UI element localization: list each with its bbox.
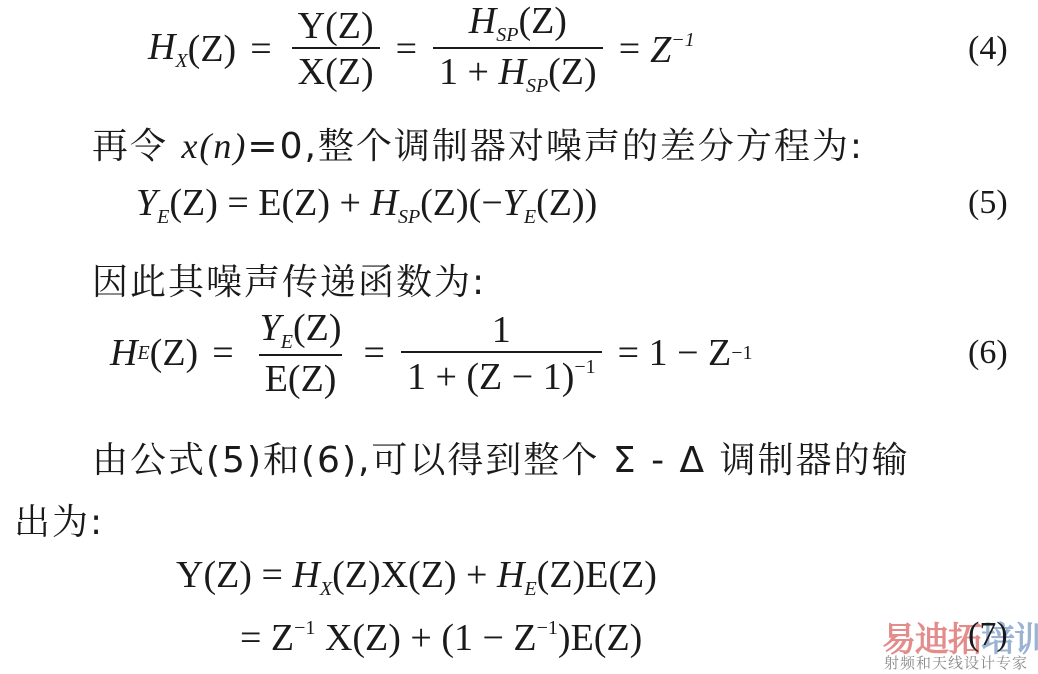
p1-pre: 再令: [92, 126, 181, 167]
eq4-frac1-num: Y(Z): [292, 7, 380, 47]
paragraph-2: 因此其噪声传递函数为:: [92, 254, 486, 305]
eq4-fraction-2: HSP(Z) 1 + HSP(Z): [433, 2, 603, 96]
eq4-lhs: HX: [148, 28, 188, 71]
eq4-rhs: Z−1: [650, 30, 695, 69]
eq4-frac1-den: X(Z): [292, 47, 380, 91]
equation-number-4: (4): [968, 32, 1008, 66]
eq6-fraction-1: YE(Z) E(Z): [254, 309, 348, 398]
equation-4: HX(Z) = Y(Z) X(Z) = HSP(Z) 1 + HSP(Z) = …: [148, 4, 695, 94]
equation-7-line-2: = Z−1 X(Z) + (1 − Z−1)E(Z): [240, 618, 642, 657]
equation-7-line-1: Y(Z) = HX(Z)X(Z) + HE(Z)E(Z): [176, 556, 657, 599]
p1-post: =0,整个调制器对噪声的差分方程为:: [247, 126, 864, 167]
eq4-fraction-1: Y(Z) X(Z): [292, 7, 380, 91]
eq4-frac2-den: 1 + HSP(Z): [433, 47, 603, 96]
paragraph-1: 再令 x(n)=0,整个调制器对噪声的差分方程为:: [92, 118, 864, 169]
eq4-equals: =: [250, 30, 271, 68]
paragraph-4: 出为:: [14, 494, 104, 545]
p1-var: x(n): [181, 126, 247, 166]
equation-number-6: (6): [968, 336, 1008, 370]
eq4-frac2-num: HSP(Z): [463, 2, 573, 47]
watermark-tagline: 射频和天线设计专家: [884, 652, 1028, 673]
equation-6: HE(Z) = YE(Z) E(Z) = 1 1 + (Z − 1)−1 = 1…: [110, 308, 753, 398]
eq4-equals-2: =: [396, 30, 417, 68]
equation-5: YE(Z) = E(Z) + HSP(Z)(−YE(Z)): [136, 184, 597, 227]
eq4-lhs-arg: (Z): [188, 30, 237, 68]
paragraph-3: 由公式(5)和(6),可以得到整个 Σ - Δ 调制器的输: [92, 432, 910, 483]
eq4-equals-3: =: [619, 30, 640, 68]
equation-number-5: (5): [968, 186, 1008, 220]
equation-number-7: (7): [968, 618, 1008, 652]
eq6-fraction-2: 1 1 + (Z − 1)−1: [401, 311, 602, 396]
